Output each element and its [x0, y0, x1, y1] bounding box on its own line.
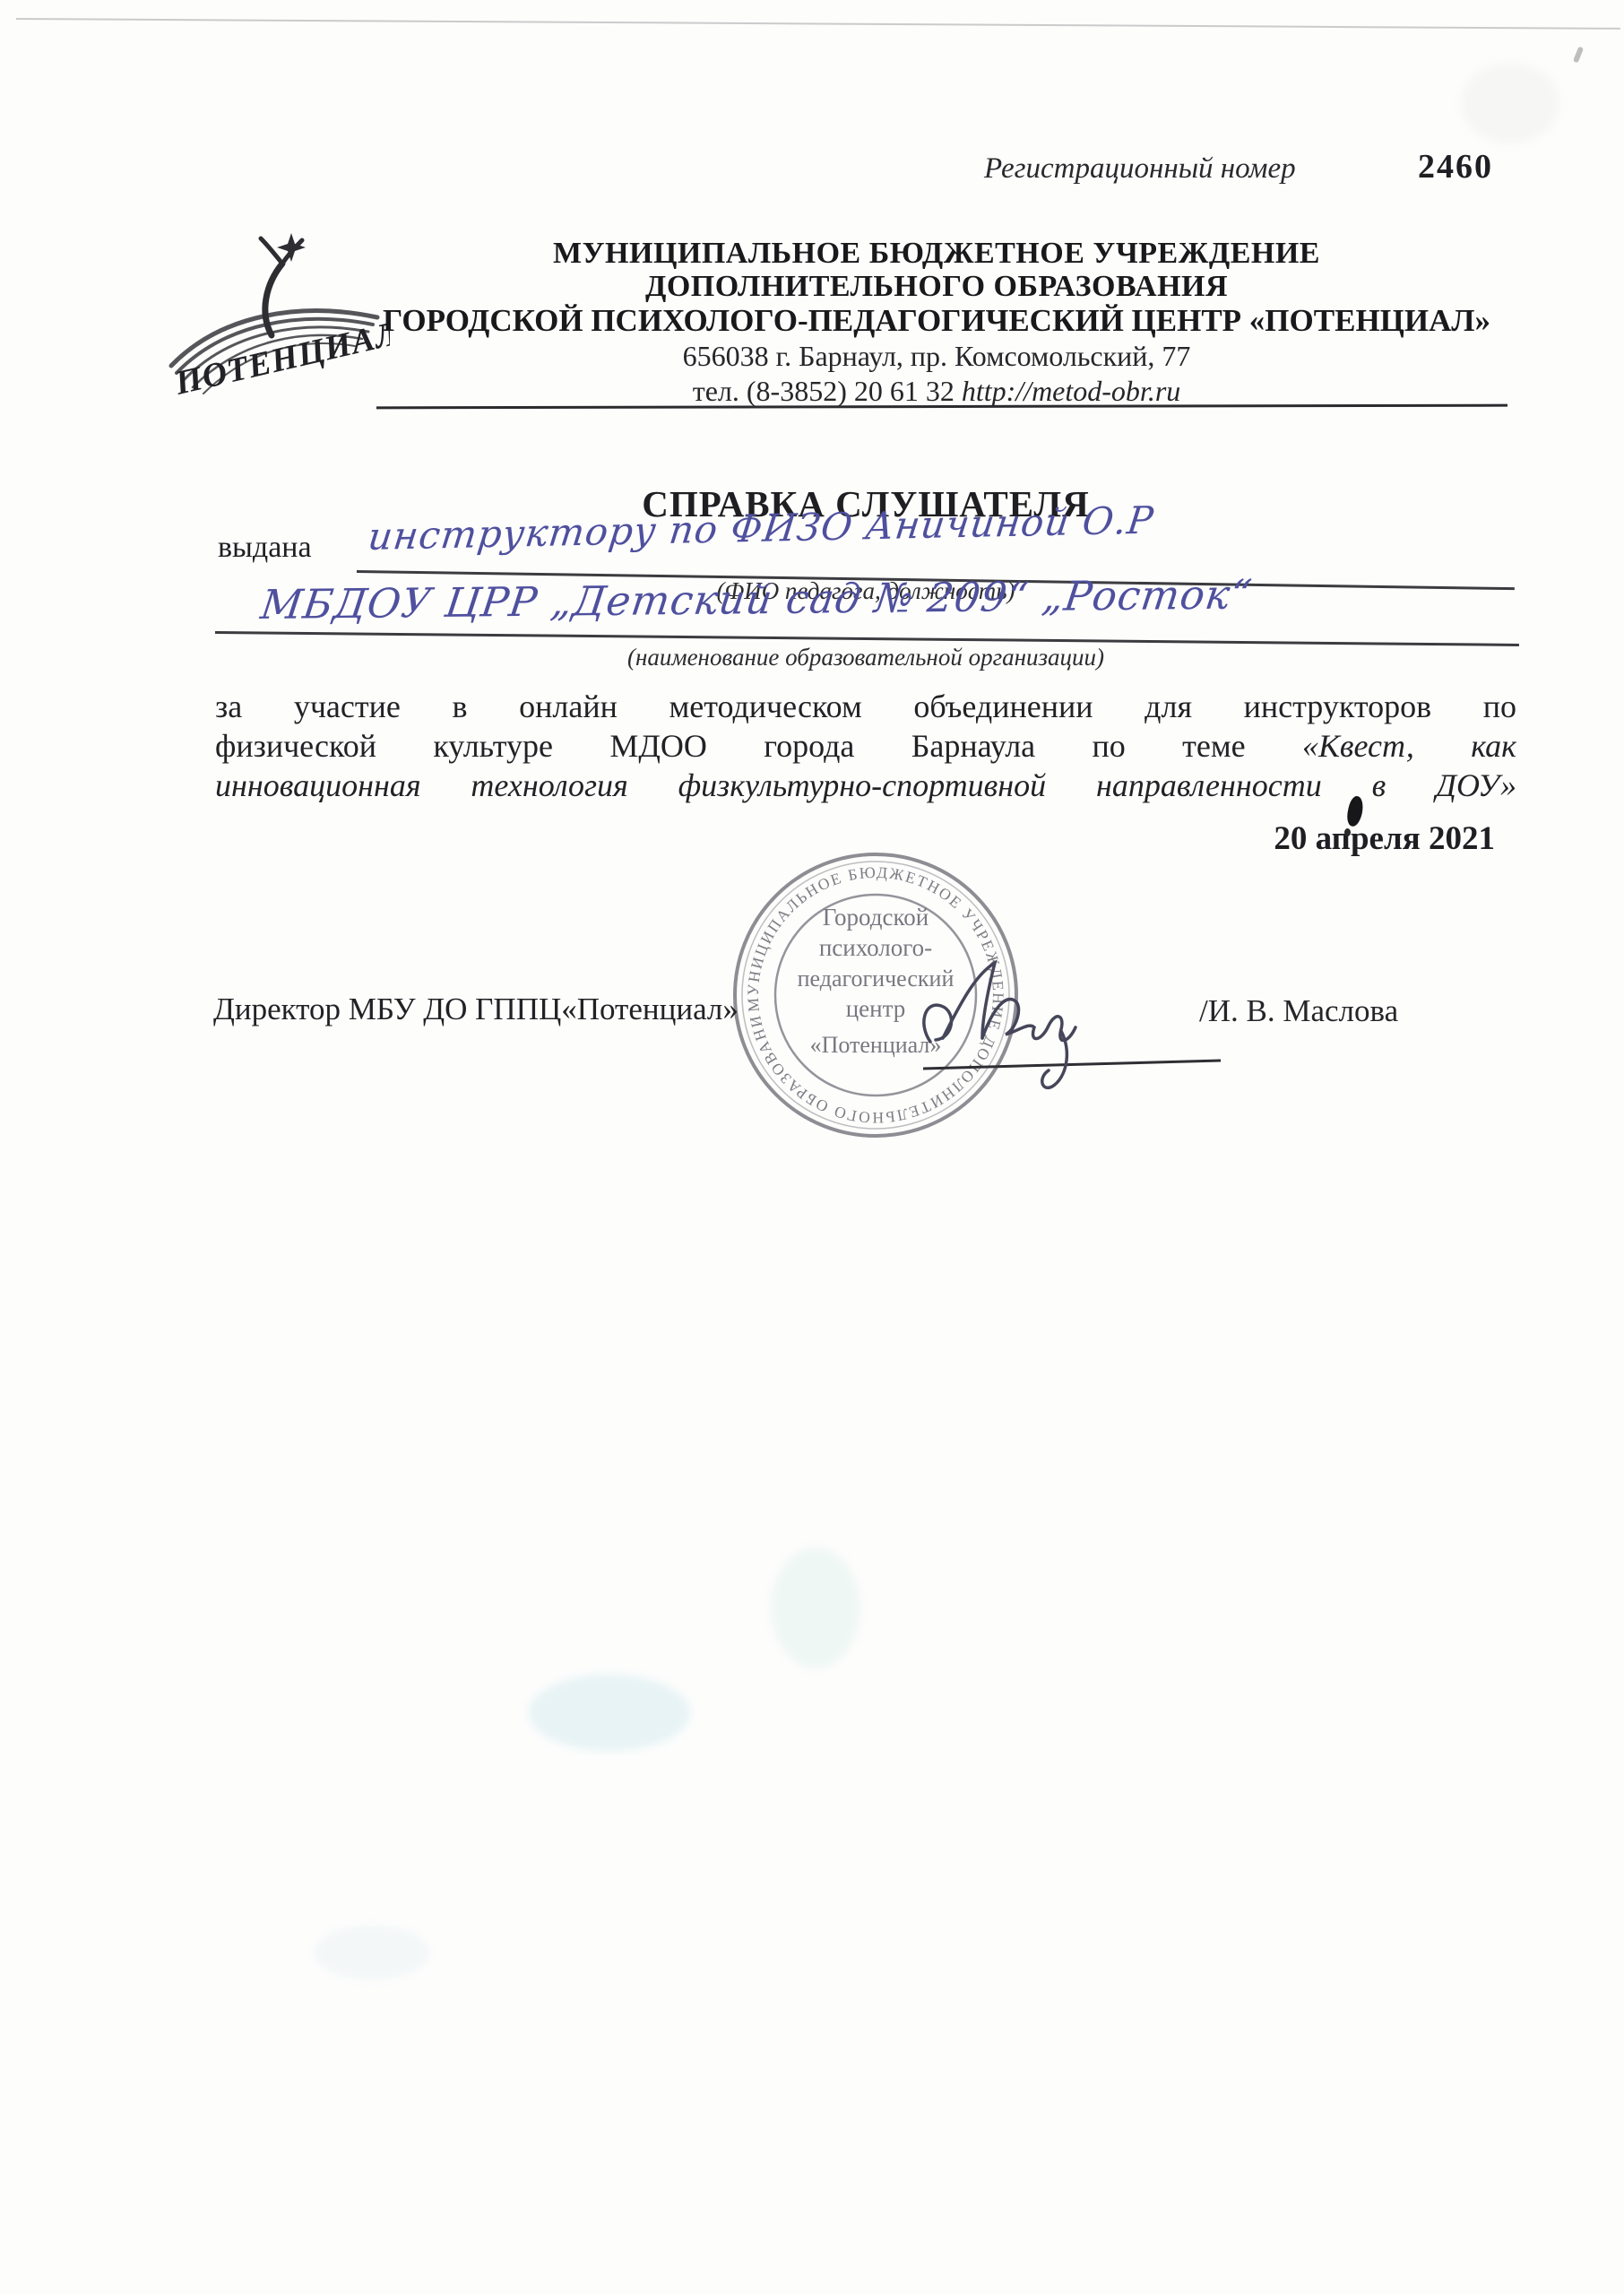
sparkle-star-icon	[277, 233, 306, 262]
stamp-center-line-4: центр	[846, 995, 906, 1022]
body-line-2: физической культуре МДОО города Барнаула…	[215, 726, 1516, 766]
scan-speck	[1573, 47, 1584, 64]
stamp-center-line-1: Городской	[823, 904, 929, 931]
scan-edge-artifact	[16, 18, 1620, 30]
org-name-line-2: ДОПОЛНИТЕЛЬНОГО ОБРАЗОВАНИЯ	[350, 270, 1524, 303]
signature-underline	[923, 1061, 1221, 1069]
body-paragraph: за участие в онлайн методическом объедин…	[215, 687, 1516, 805]
org-website-link: http://metod-obr.ru	[962, 375, 1180, 407]
letterhead: МУНИЦИПАЛЬНОЕ БЮДЖЕТНОЕ УЧРЕЖДЕНИЕ ДОПОЛ…	[350, 237, 1524, 409]
scan-smudge	[529, 1675, 690, 1751]
handwritten-organization: МБДОУ ЦРР „Детский сад № 209“ „Росток“	[258, 570, 1255, 628]
director-title: Директор МБУ ДО ГППЦ«Потенциал»	[213, 992, 739, 1027]
certificate-page: Регистрационный номер 2460 ПОТЕНЦИАЛ МУН…	[0, 0, 1624, 2295]
registration-number: 2460	[1418, 147, 1493, 186]
scan-smudge	[1461, 63, 1559, 143]
ink-dot	[1344, 828, 1351, 836]
body-line-1: за участие в онлайн методическом объедин…	[215, 687, 1516, 726]
org-address: 656038 г. Барнаул, пр. Комсомольский, 77	[350, 339, 1524, 374]
org-phone: тел. (8-3852) 20 61 32	[693, 375, 955, 407]
organization-caption: (наименование образовательной организаци…	[215, 644, 1516, 671]
org-name-line-1: МУНИЦИПАЛЬНОЕ БЮДЖЕТНОЕ УЧРЕЖДЕНИЕ	[350, 237, 1524, 270]
org-name-line-3: ГОРОДСКОЙ ПСИХОЛОГО-ПЕДАГОГИЧЕСКИЙ ЦЕНТР…	[350, 303, 1524, 339]
registration-label: Регистрационный номер	[984, 152, 1296, 186]
issued-label: выдана	[218, 531, 312, 565]
signer-name: /И. В. Маслова	[1199, 993, 1398, 1029]
scan-smudge	[314, 1926, 430, 1979]
signature-icon	[916, 943, 1235, 1103]
body-line-3: инновационная технология физкультурно-сп…	[215, 766, 1516, 805]
scan-smudge	[771, 1547, 860, 1668]
signature-block	[916, 943, 1235, 1103]
